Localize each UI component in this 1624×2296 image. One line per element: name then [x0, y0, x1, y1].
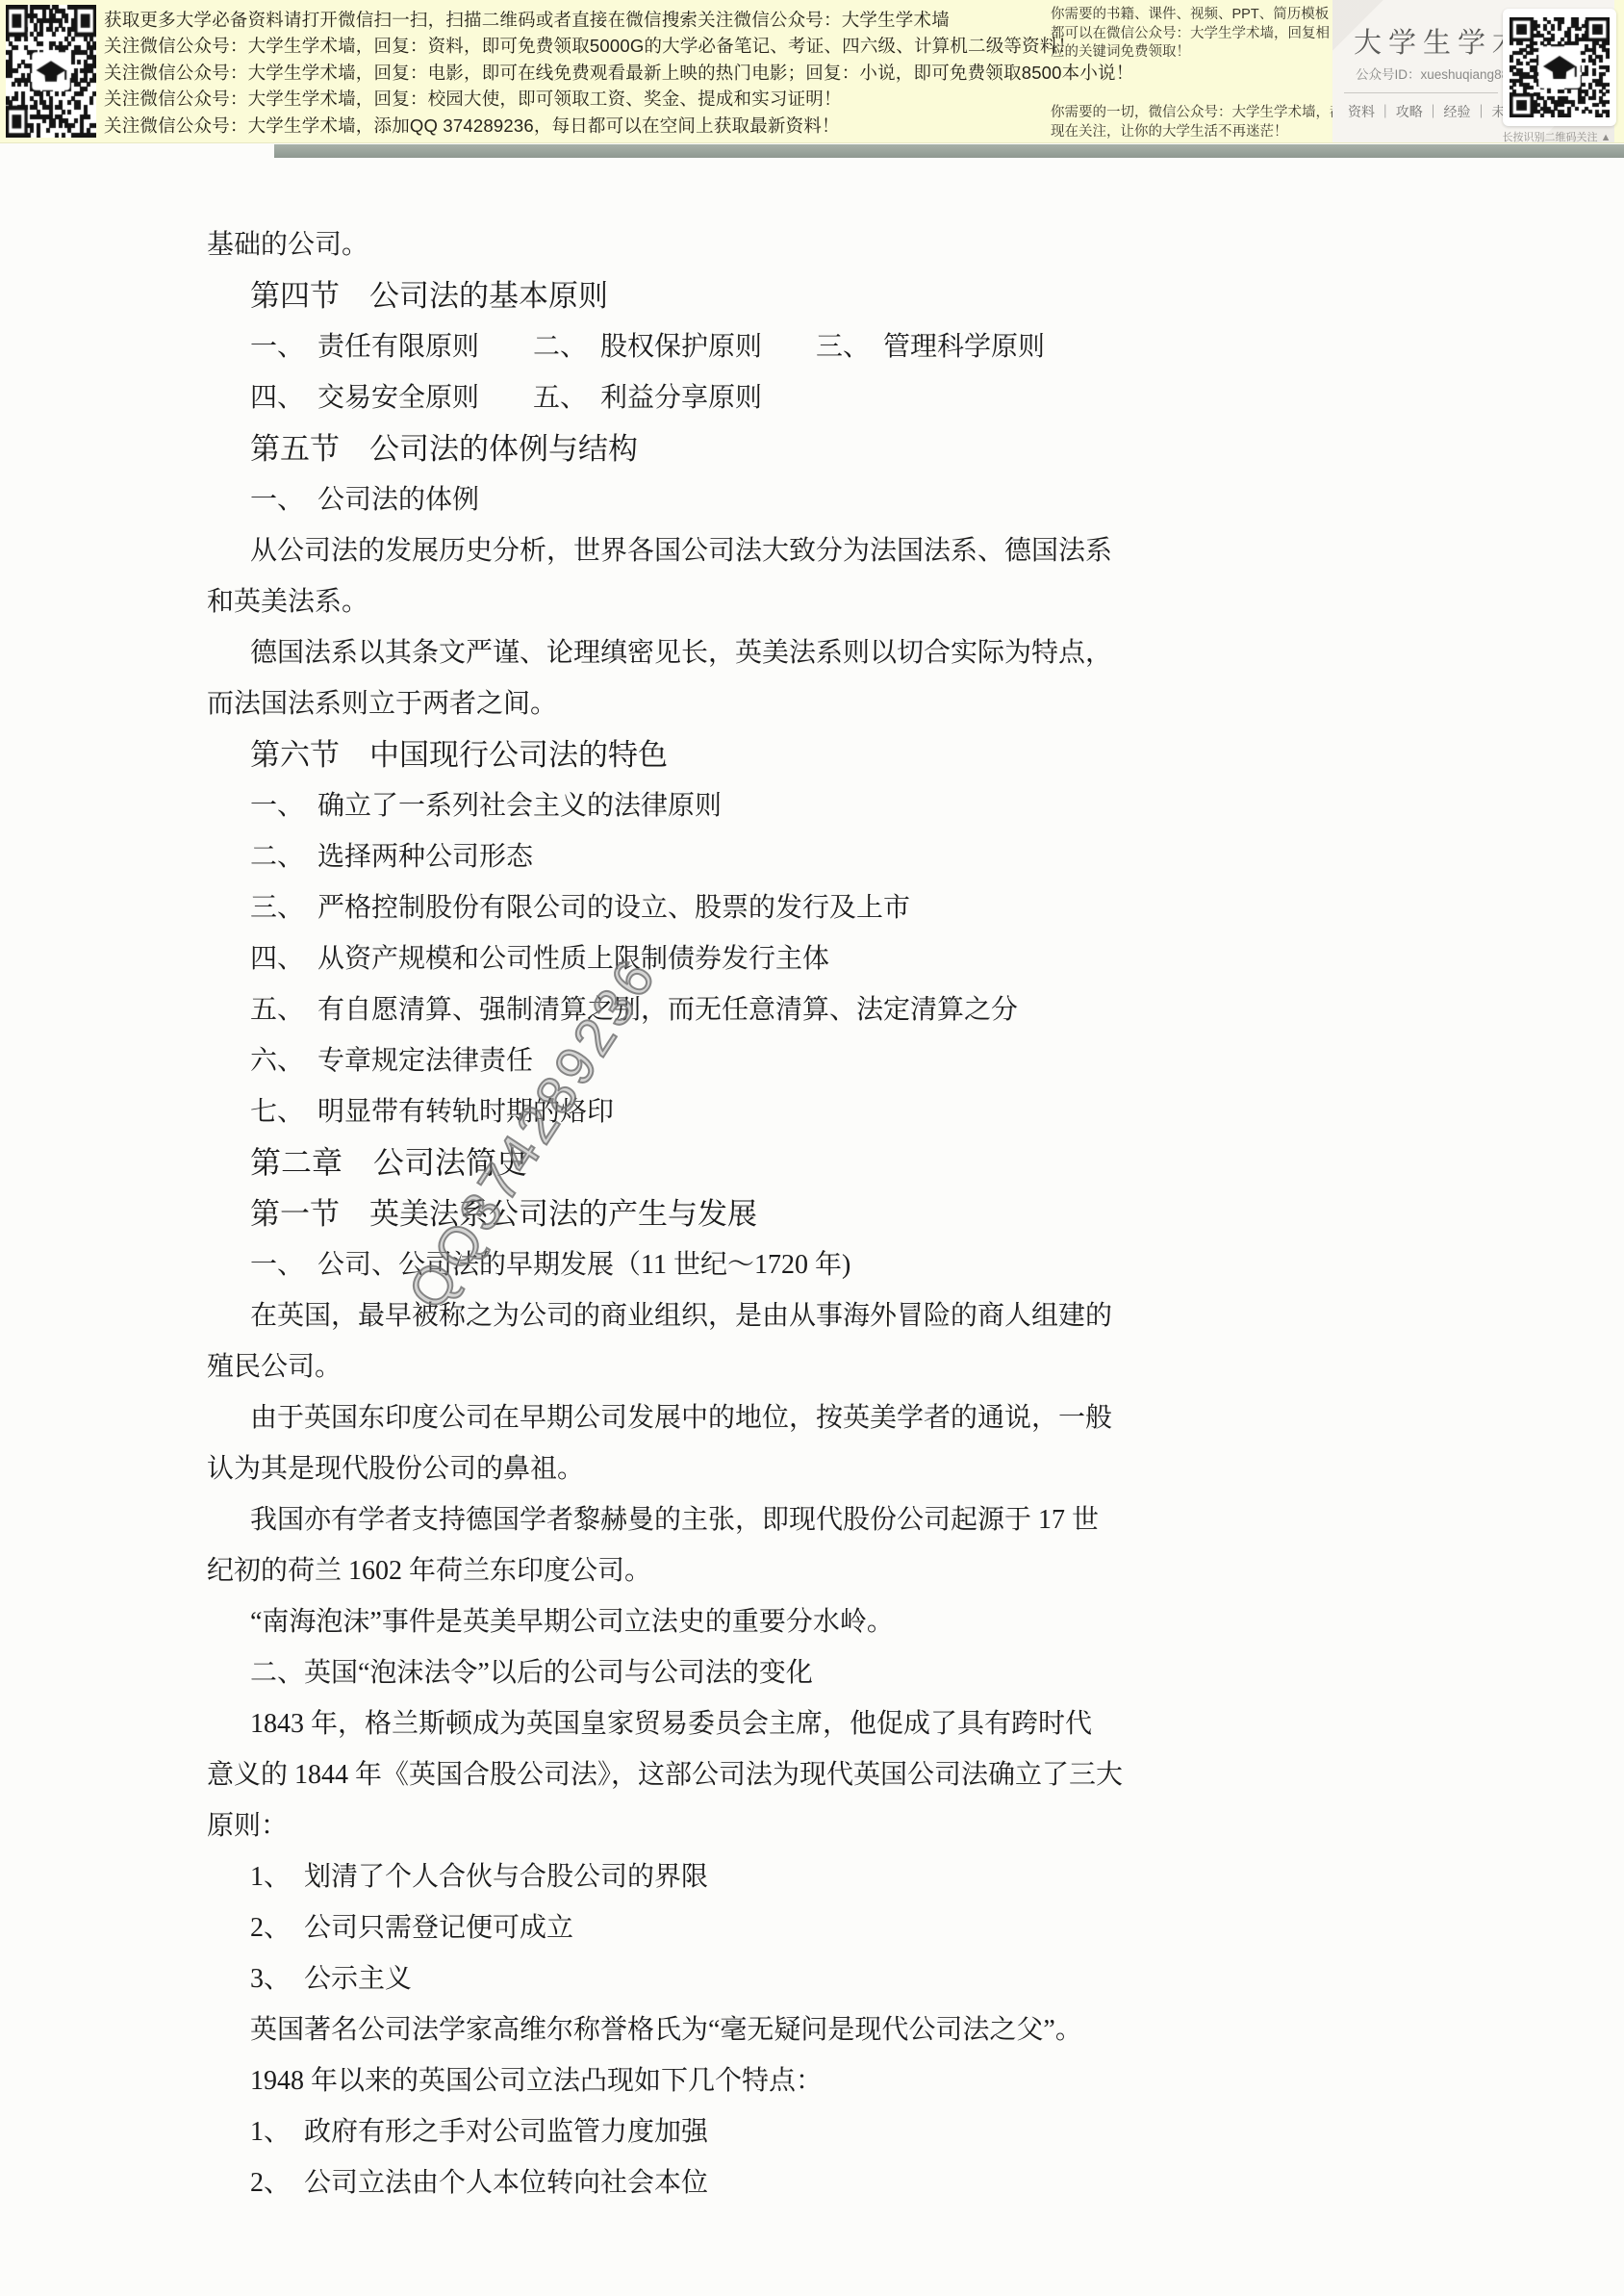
account-qr-code-image	[1510, 17, 1610, 117]
banner-keywords-text: 你需要的书籍、课件、视频、PPT、简历模板都可以在微信公众号：大学生学术墙，回复…	[1051, 6, 1332, 63]
section-heading: 第六节 中国现行公司法的特色	[207, 729, 1624, 780]
doc-line: 1843 年，格兰斯顿成为英国皇家贸易委员会主席，他促成了具有跨时代	[207, 1698, 1624, 1749]
account-id: 公众号ID：xueshuqiang8888	[1356, 64, 1523, 83]
doc-line: 七、 明显带有转轨时期的烙印	[207, 1086, 1624, 1137]
banner-keywords-line: 都可以在微信公众号：大学生学术墙，回复相	[1051, 25, 1332, 44]
doc-line: 六、 专章规定法律责任	[207, 1035, 1624, 1086]
account-logo-card: 大学生学术墙 公众号ID：xueshuqiang8888 资料 ｜ 攻略 ｜ 经…	[1332, 0, 1614, 142]
doc-line: 二、英国“泡沫法令”以后的公司与公司法的变化	[207, 1647, 1624, 1698]
doc-line: 四、 从资产规模和公司性质上限制债券发行主体	[207, 933, 1624, 984]
doc-line: 2、 公司立法由个人本位转向社会本位	[207, 2157, 1624, 2208]
doc-line: 一、 责任有限原则 二、 股权保护原则 三、 管理科学原则	[207, 321, 1624, 372]
doc-line: 1、 划清了个人合伙与合股公司的界限	[207, 1851, 1624, 1902]
wechat-qr-code-image	[6, 5, 96, 138]
doc-line: 五、 有自愿清算、强制清算之别，而无任意清算、法定清算之分	[207, 984, 1624, 1035]
doc-line: 一、 确立了一系列社会主义的法律原则	[207, 780, 1624, 831]
banner-slogan-line: 你需要的一切，微信公众号：大学生学术墙，都有！	[1051, 104, 1332, 123]
doc-line: “南海泡沫”事件是英美早期公司立法史的重要分水岭。	[207, 1596, 1624, 1647]
banner-slogan-text: 你需要的一切，微信公众号：大学生学术墙，都有！现在关注，让你的大学生活不再迷茫！	[1051, 104, 1332, 141]
doc-line: 原则：	[207, 1800, 1624, 1851]
doc-line: 德国法系以其条文严谨、论理缜密见长，英美法系则以切合实际为特点，	[207, 627, 1624, 678]
doc-line: 基础的公司。	[207, 219, 1624, 270]
banner-keywords-line: 你需要的书籍、课件、视频、PPT、简历模板	[1051, 6, 1332, 25]
doc-line: 一、 公司法的体例	[207, 474, 1624, 525]
banner-promo-line: 关注微信公众号：大学生学术墙，回复：电影，即可在线免费观看最新上映的热门电影；回…	[104, 60, 1056, 86]
section-heading: 第五节 公司法的体例与结构	[207, 423, 1624, 474]
doc-line: 四、 交易安全原则 五、 利益分享原则	[207, 372, 1624, 423]
chapter-heading: 第二章 公司法简史	[207, 1137, 1624, 1188]
banner-promo-line: 获取更多大学必备资料请打开微信扫一扫，扫描二维码或者直接在微信搜索关注微信公众号…	[104, 7, 1056, 33]
doc-line: 而法国法系则立于两者之间。	[207, 678, 1624, 729]
doc-line: 和英美法系。	[207, 576, 1624, 627]
doc-line: 从公司法的发展历史分析，世界各国公司法大致分为法国法系、德国法系	[207, 525, 1624, 576]
divider	[1344, 92, 1498, 93]
doc-line: 三、 严格控制股份有限公司的设立、股票的发行及上市	[207, 882, 1624, 933]
doc-line: 二、 选择两种公司形态	[207, 831, 1624, 882]
doc-line: 我国亦有学者支持德国学者黎赫曼的主张，即现代股份公司起源于 17 世	[207, 1494, 1624, 1545]
doc-line: 英国著名公司法学家高维尔称誉格氏为“毫无疑问是现代公司法之父”。	[207, 2004, 1624, 2055]
banner-promo-line: 关注微信公众号：大学生学术墙，添加QQ 374289236，每日都可以在空间上获…	[104, 113, 1056, 139]
doc-line: 殖民公司。	[207, 1341, 1624, 1392]
qr-caption: 长按识别二维码关注 ▲	[1494, 129, 1619, 144]
doc-line: 1948 年以来的英国公司立法凸现如下几个特点：	[207, 2055, 1624, 2106]
doc-line: 认为其是现代股份公司的鼻祖。	[207, 1443, 1624, 1494]
wechat-qr-code	[6, 5, 96, 138]
banner-promo-line: 关注微信公众号：大学生学术墙，回复：校园大使，即可领取工资、奖金、提成和实习证明…	[104, 86, 1056, 112]
account-nav-labels: 资料 ｜ 攻略 ｜ 经验 ｜ 未来	[1348, 102, 1518, 121]
doc-line: 2、 公司只需登记便可成立	[207, 1902, 1624, 1953]
doc-line: 一、 公司、公司法的早期发展（11 世纪～1720 年)	[207, 1239, 1624, 1290]
banner-keywords-line: 应的关键词免费领取！	[1051, 43, 1332, 63]
banner-promo-line: 关注微信公众号：大学生学术墙，回复：资料，即可免费领取5000G的大学必备笔记、…	[104, 33, 1056, 59]
section-heading: 第四节 公司法的基本原则	[207, 270, 1624, 321]
doc-line: 意义的 1844 年《英国合股公司法》，这部公司法为现代英国公司法确立了三大	[207, 1749, 1624, 1800]
doc-line: 由于英国东印度公司在早期公司发展中的地位，按英美学者的通说，一般	[207, 1392, 1624, 1443]
banner-promo-text: 获取更多大学必备资料请打开微信扫一扫，扫描二维码或者直接在微信搜索关注微信公众号…	[104, 7, 1056, 139]
account-qr-code	[1503, 9, 1616, 126]
section-heading: 第一节 英美法系公司法的产生与发展	[207, 1188, 1624, 1239]
doc-line: 3、 公示主义	[207, 1953, 1624, 2004]
doc-line: 在英国，最早被称之为公司的商业组织，是由从事海外冒险的商人组建的	[207, 1290, 1624, 1341]
banner-slogan-line: 现在关注，让你的大学生活不再迷茫！	[1051, 123, 1332, 142]
doc-line: 1、 政府有形之手对公司监管力度加强	[207, 2106, 1624, 2157]
document-body: 基础的公司。第四节 公司法的基本原则一、 责任有限原则 二、 股权保护原则 三、…	[0, 219, 1624, 2208]
promo-banner: 获取更多大学必备资料请打开微信扫一扫，扫描二维码或者直接在微信搜索关注微信公众号…	[0, 0, 1624, 143]
doc-line: 纪初的荷兰 1602 年荷兰东印度公司。	[207, 1545, 1624, 1596]
scanned-page-edge	[274, 144, 1624, 158]
